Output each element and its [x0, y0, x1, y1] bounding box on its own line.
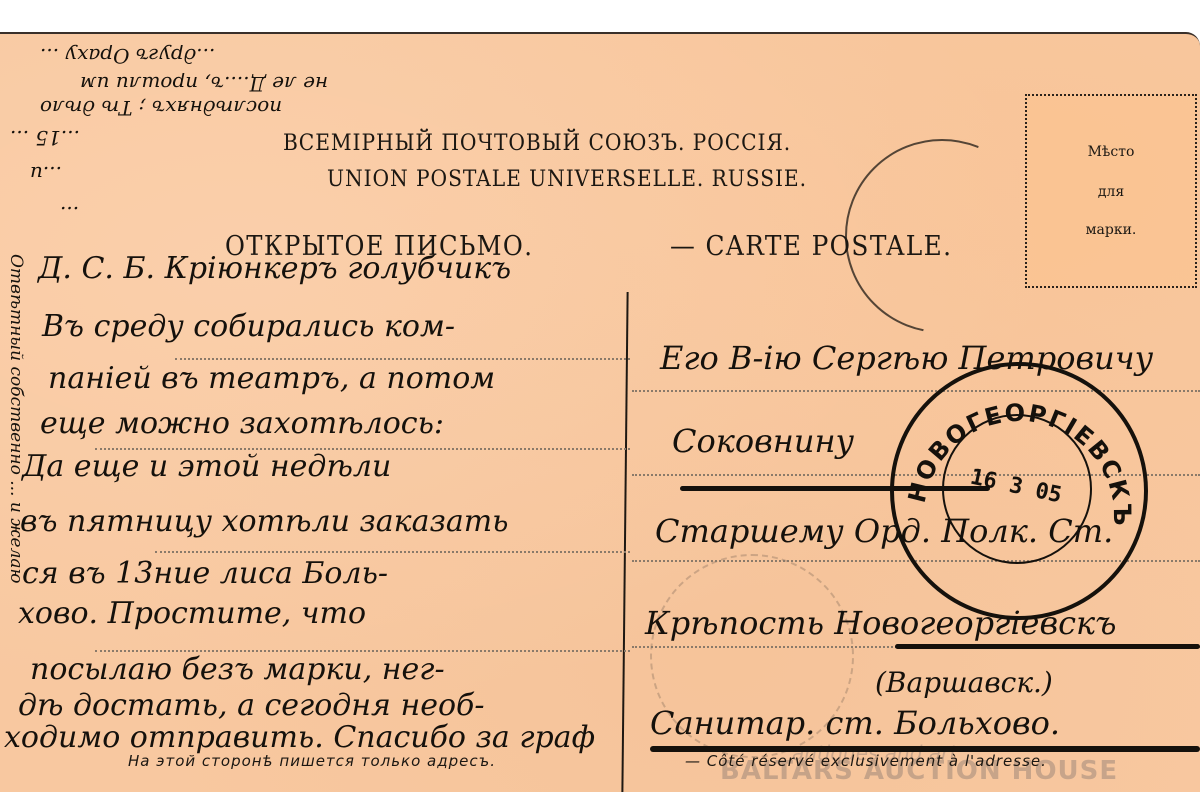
dotted-line	[175, 358, 630, 360]
footer-note-ru: На этой сторонѣ пишется только адресъ.	[128, 752, 496, 770]
message-line: ся въ 13ние лиса Боль-	[22, 556, 388, 591]
upside-down-message-line: ...и	[30, 162, 62, 186]
header-union-ru: ВСЕМІРНЫЙ ПОЧТОВЫЙ СОЮЗЪ. РОССІЯ.	[283, 131, 791, 156]
stamp-box-text: для	[1027, 184, 1195, 200]
address-divider-line	[621, 292, 628, 792]
margin-note: Отвѣтный собственно ... и желаю	[6, 254, 26, 584]
message-line: посылаю безъ марки, нег-	[30, 652, 445, 687]
stamp-box-text: марки.	[1027, 222, 1195, 238]
message-line: ходимо отправить. Спасибо за граф	[4, 720, 595, 755]
upside-down-message-line: послѣдняхъ ; Тѣ дѣло	[40, 96, 282, 120]
message-line: дѣ достать, а сегодня необ-	[18, 688, 484, 723]
address-line: (Варшавск.)	[875, 666, 1053, 699]
message-line: въ пятницу хотѣли заказать	[20, 504, 509, 539]
header-union-fr: UNION POSTALE UNIVERSELLE. RUSSIE.	[327, 167, 807, 192]
faint-postmark	[845, 139, 1039, 333]
postcard: ...другъ Ораху ... не ле Д....ъ, прошли …	[0, 32, 1200, 792]
upside-down-message-line: ...15 ...	[10, 126, 80, 150]
address-underline	[895, 644, 1200, 649]
dotted-line	[155, 551, 630, 553]
message-line: хово. Простите, что	[18, 596, 366, 631]
upside-down-message-line: не ле Д....ъ, прошли им	[80, 72, 328, 96]
address-line: Санитар. ст. Больхово.	[650, 704, 1060, 742]
stamp-box-text: Мѣсто	[1027, 144, 1195, 160]
upside-down-message-line: ...	[60, 202, 79, 226]
postmark: НОВОГЕОРГІЕВСКЪ 16 3 05	[890, 362, 1148, 620]
upside-down-message-line: ...другъ Ораху ...	[40, 44, 215, 68]
message-line: еще можно захотѣлось:	[40, 406, 444, 441]
message-line: Д. С. Б. Крiюнкеръ голубчикъ	[38, 251, 511, 286]
message-line: панiей въ театръ, а потом	[48, 361, 495, 396]
address-line: Соковнину	[672, 422, 854, 460]
footer-note-fr: — Côté réservé exclusivement à l'adresse…	[685, 752, 1047, 770]
stamp-placeholder-box: Мѣсто для марки.	[1025, 94, 1197, 288]
message-line: Да еще и этой недѣли	[22, 449, 391, 484]
message-line: Въ среду собирались ком-	[42, 309, 455, 344]
